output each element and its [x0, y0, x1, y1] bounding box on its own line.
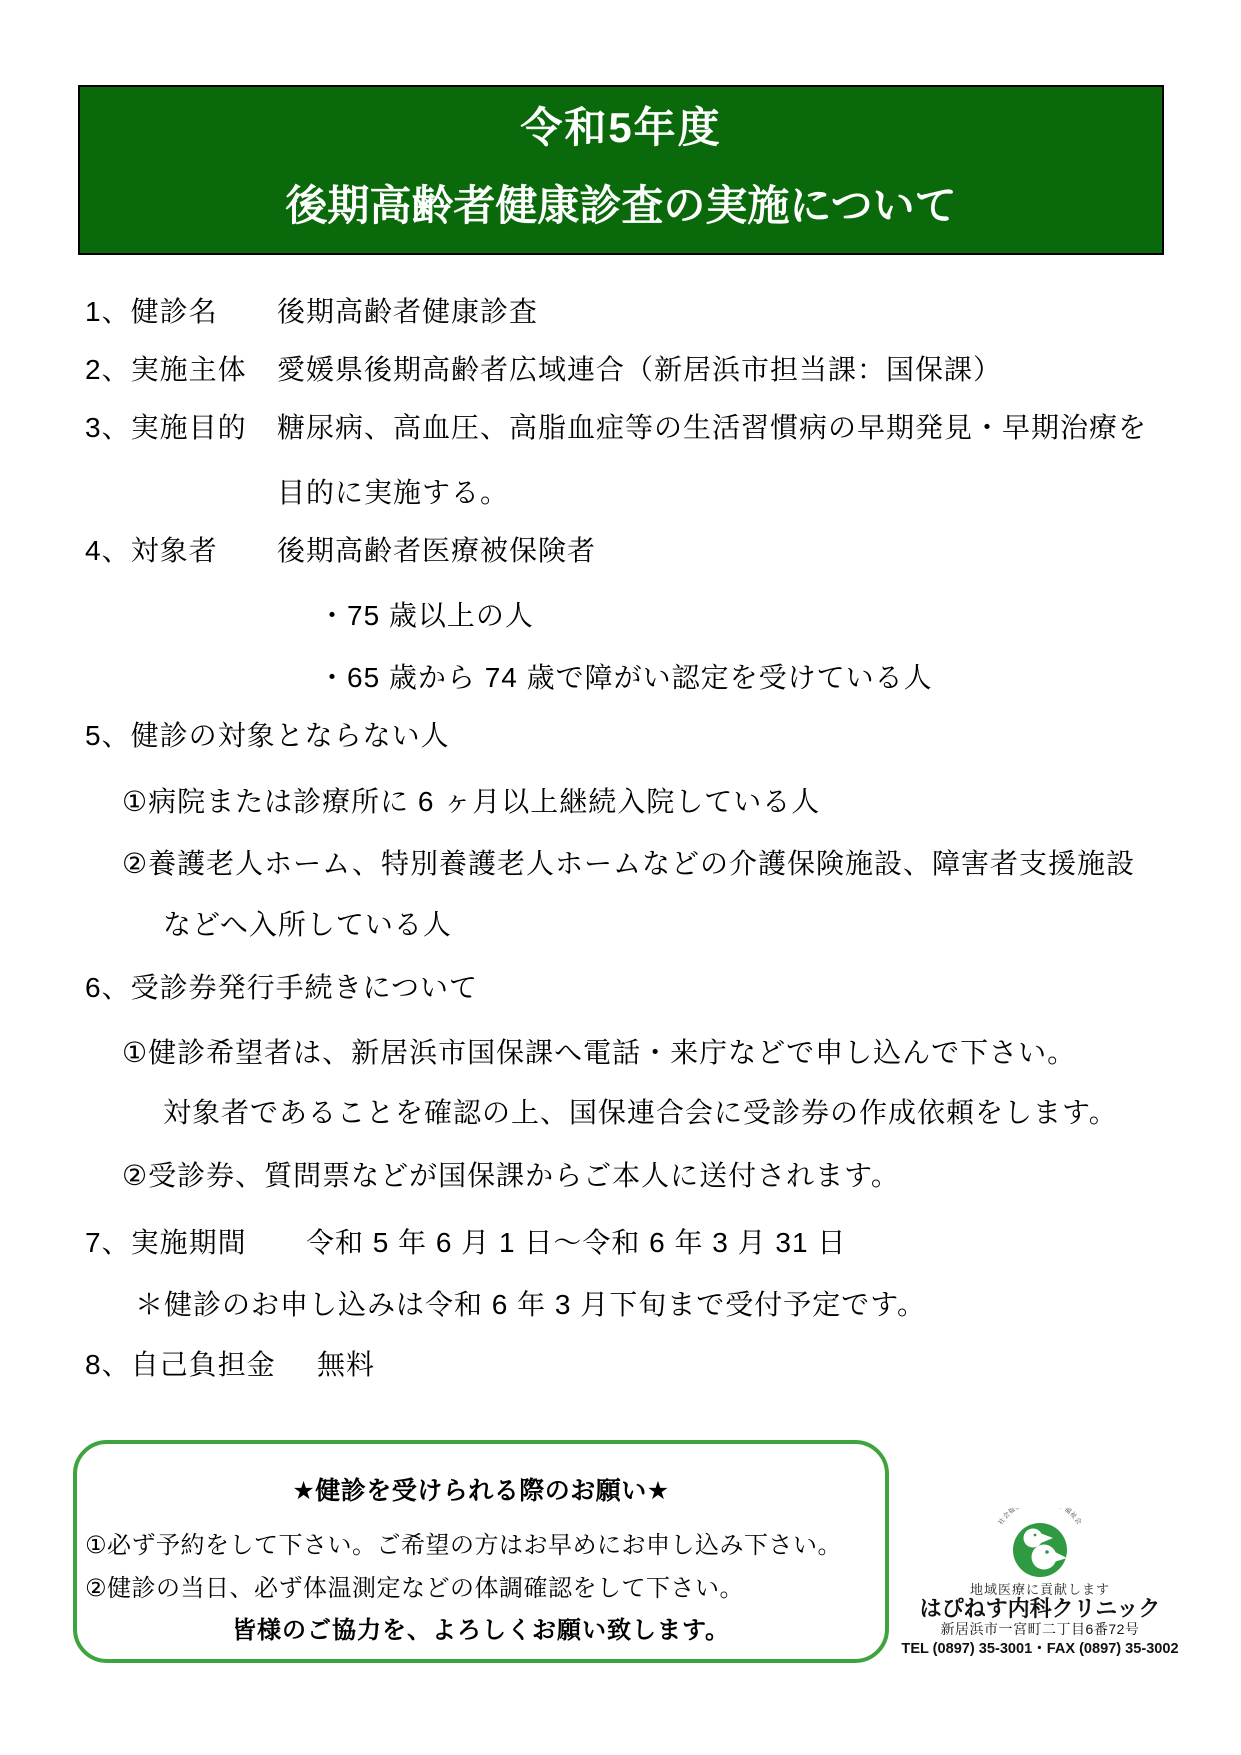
item-4-value: 後期高齢者医療被保険者	[277, 534, 596, 568]
bullet-age-65-74: ・65 歳から 74 歳で障がい認定を受けている人	[318, 661, 933, 695]
item-4-label: 4、対象者	[85, 535, 218, 566]
item-3-value: 糖尿病、高血圧、高脂血症等の生活習慣病の早期発見・早期治療を	[277, 411, 1147, 445]
item-8-value: 無料	[317, 1348, 375, 1382]
clinic-tel-fax: TEL (0897) 35-3001・FAX (0897) 35-3002	[885, 1637, 1195, 1658]
item-2-label: 2、実施主体	[85, 354, 247, 385]
notice-box-line-2: ②健診の当日、必ず体温測定などの体調確認をして下さい。	[85, 1568, 744, 1603]
item-7-note: ＊健診のお申し込みは令和 6 年 3 月下旬まで受付予定です。	[135, 1288, 926, 1322]
clinic-duck-logo-icon: 社会福祉法人 はぴねす福祉会	[993, 1508, 1087, 1578]
item-1-label: 1、健診名	[85, 296, 218, 327]
item-8: 8、自己負担金無料	[85, 1348, 276, 1382]
title-banner: 令和5年度 後期高齢者健康診査の実施について	[78, 85, 1164, 255]
item-2-value: 愛媛県後期高齢者広域連合（新居浜市担当課：国保課）	[277, 353, 1002, 387]
title-main: 後期高齢者健康診査の実施について	[80, 180, 1162, 232]
bullet-age-75: ・75 歳以上の人	[318, 599, 534, 633]
notice-box: ★健診を受けられる際のお願い★ ①必ず予約をして下さい。ご希望の方はお早めにお申…	[73, 1440, 889, 1663]
item-5-sub-2-continuation: などへ入所している人	[163, 908, 452, 942]
item-6-sub-1-continuation: 対象者であることを確認の上、国保連合会に受診券の作成依頼をします。	[163, 1096, 1118, 1130]
item-5: 5、健診の対象とならない人	[85, 719, 450, 753]
item-5-sub-2: ②養護老人ホーム、特別養護老人ホームなどの介護保険施設、障害者支援施設	[122, 847, 1135, 881]
notice-box-line-3: 皆様のご協力を、よろしくお願い致します。	[77, 1610, 885, 1645]
clinic-address: 新居浜市一宮町二丁目6番72号	[880, 1619, 1200, 1639]
notice-box-line-1: ①必ず予約をして下さい。ご希望の方はお早めにお申し込み下さい。	[85, 1525, 842, 1560]
item-3-continuation: 目的に実施する。	[277, 476, 509, 510]
item-2: 2、実施主体愛媛県後期高齢者広域連合（新居浜市担当課：国保課）	[85, 353, 247, 387]
item-1: 1、健診名後期高齢者健康診査	[85, 295, 218, 329]
item-6: 6、受診券発行手続きについて	[85, 971, 478, 1005]
clinic-block: 社会福祉法人 はぴねす福祉会 地域医療に貢献します はぴねす内科クリニック 新居…	[880, 1505, 1200, 1685]
item-6-sub-1: ①健診希望者は、新居浜市国保課へ電話・来庁などで申し込んで下さい。	[122, 1036, 1076, 1070]
item-3-label: 3、実施目的	[85, 412, 247, 443]
item-3: 3、実施目的糖尿病、高血圧、高脂血症等の生活習慣病の早期発見・早期治療を	[85, 411, 247, 445]
item-6-sub-2: ②受診券、質問票などが国保課からご本人に送付されます。	[122, 1159, 900, 1193]
title-year: 令和5年度	[80, 102, 1162, 154]
item-4: 4、対象者後期高齢者医療被保険者	[85, 534, 218, 568]
document-page: 令和5年度 後期高齢者健康診査の実施について 1、健診名後期高齢者健康診査 2、…	[0, 0, 1241, 1755]
item-7: 7、実施期間令和 5 年 6 月 1 日～令和 6 年 3 月 31 日	[85, 1226, 247, 1260]
item-7-label: 7、実施期間	[85, 1227, 247, 1258]
item-8-label: 8、自己負担金	[85, 1349, 276, 1380]
notice-box-title: ★健診を受けられる際のお願い★	[77, 1471, 885, 1507]
item-1-value: 後期高齢者健康診査	[277, 295, 538, 329]
item-7-value: 令和 5 年 6 月 1 日～令和 6 年 3 月 31 日	[306, 1226, 846, 1260]
item-5-sub-1: ①病院または診療所に 6 ヶ月以上継続入院している人	[122, 785, 820, 819]
